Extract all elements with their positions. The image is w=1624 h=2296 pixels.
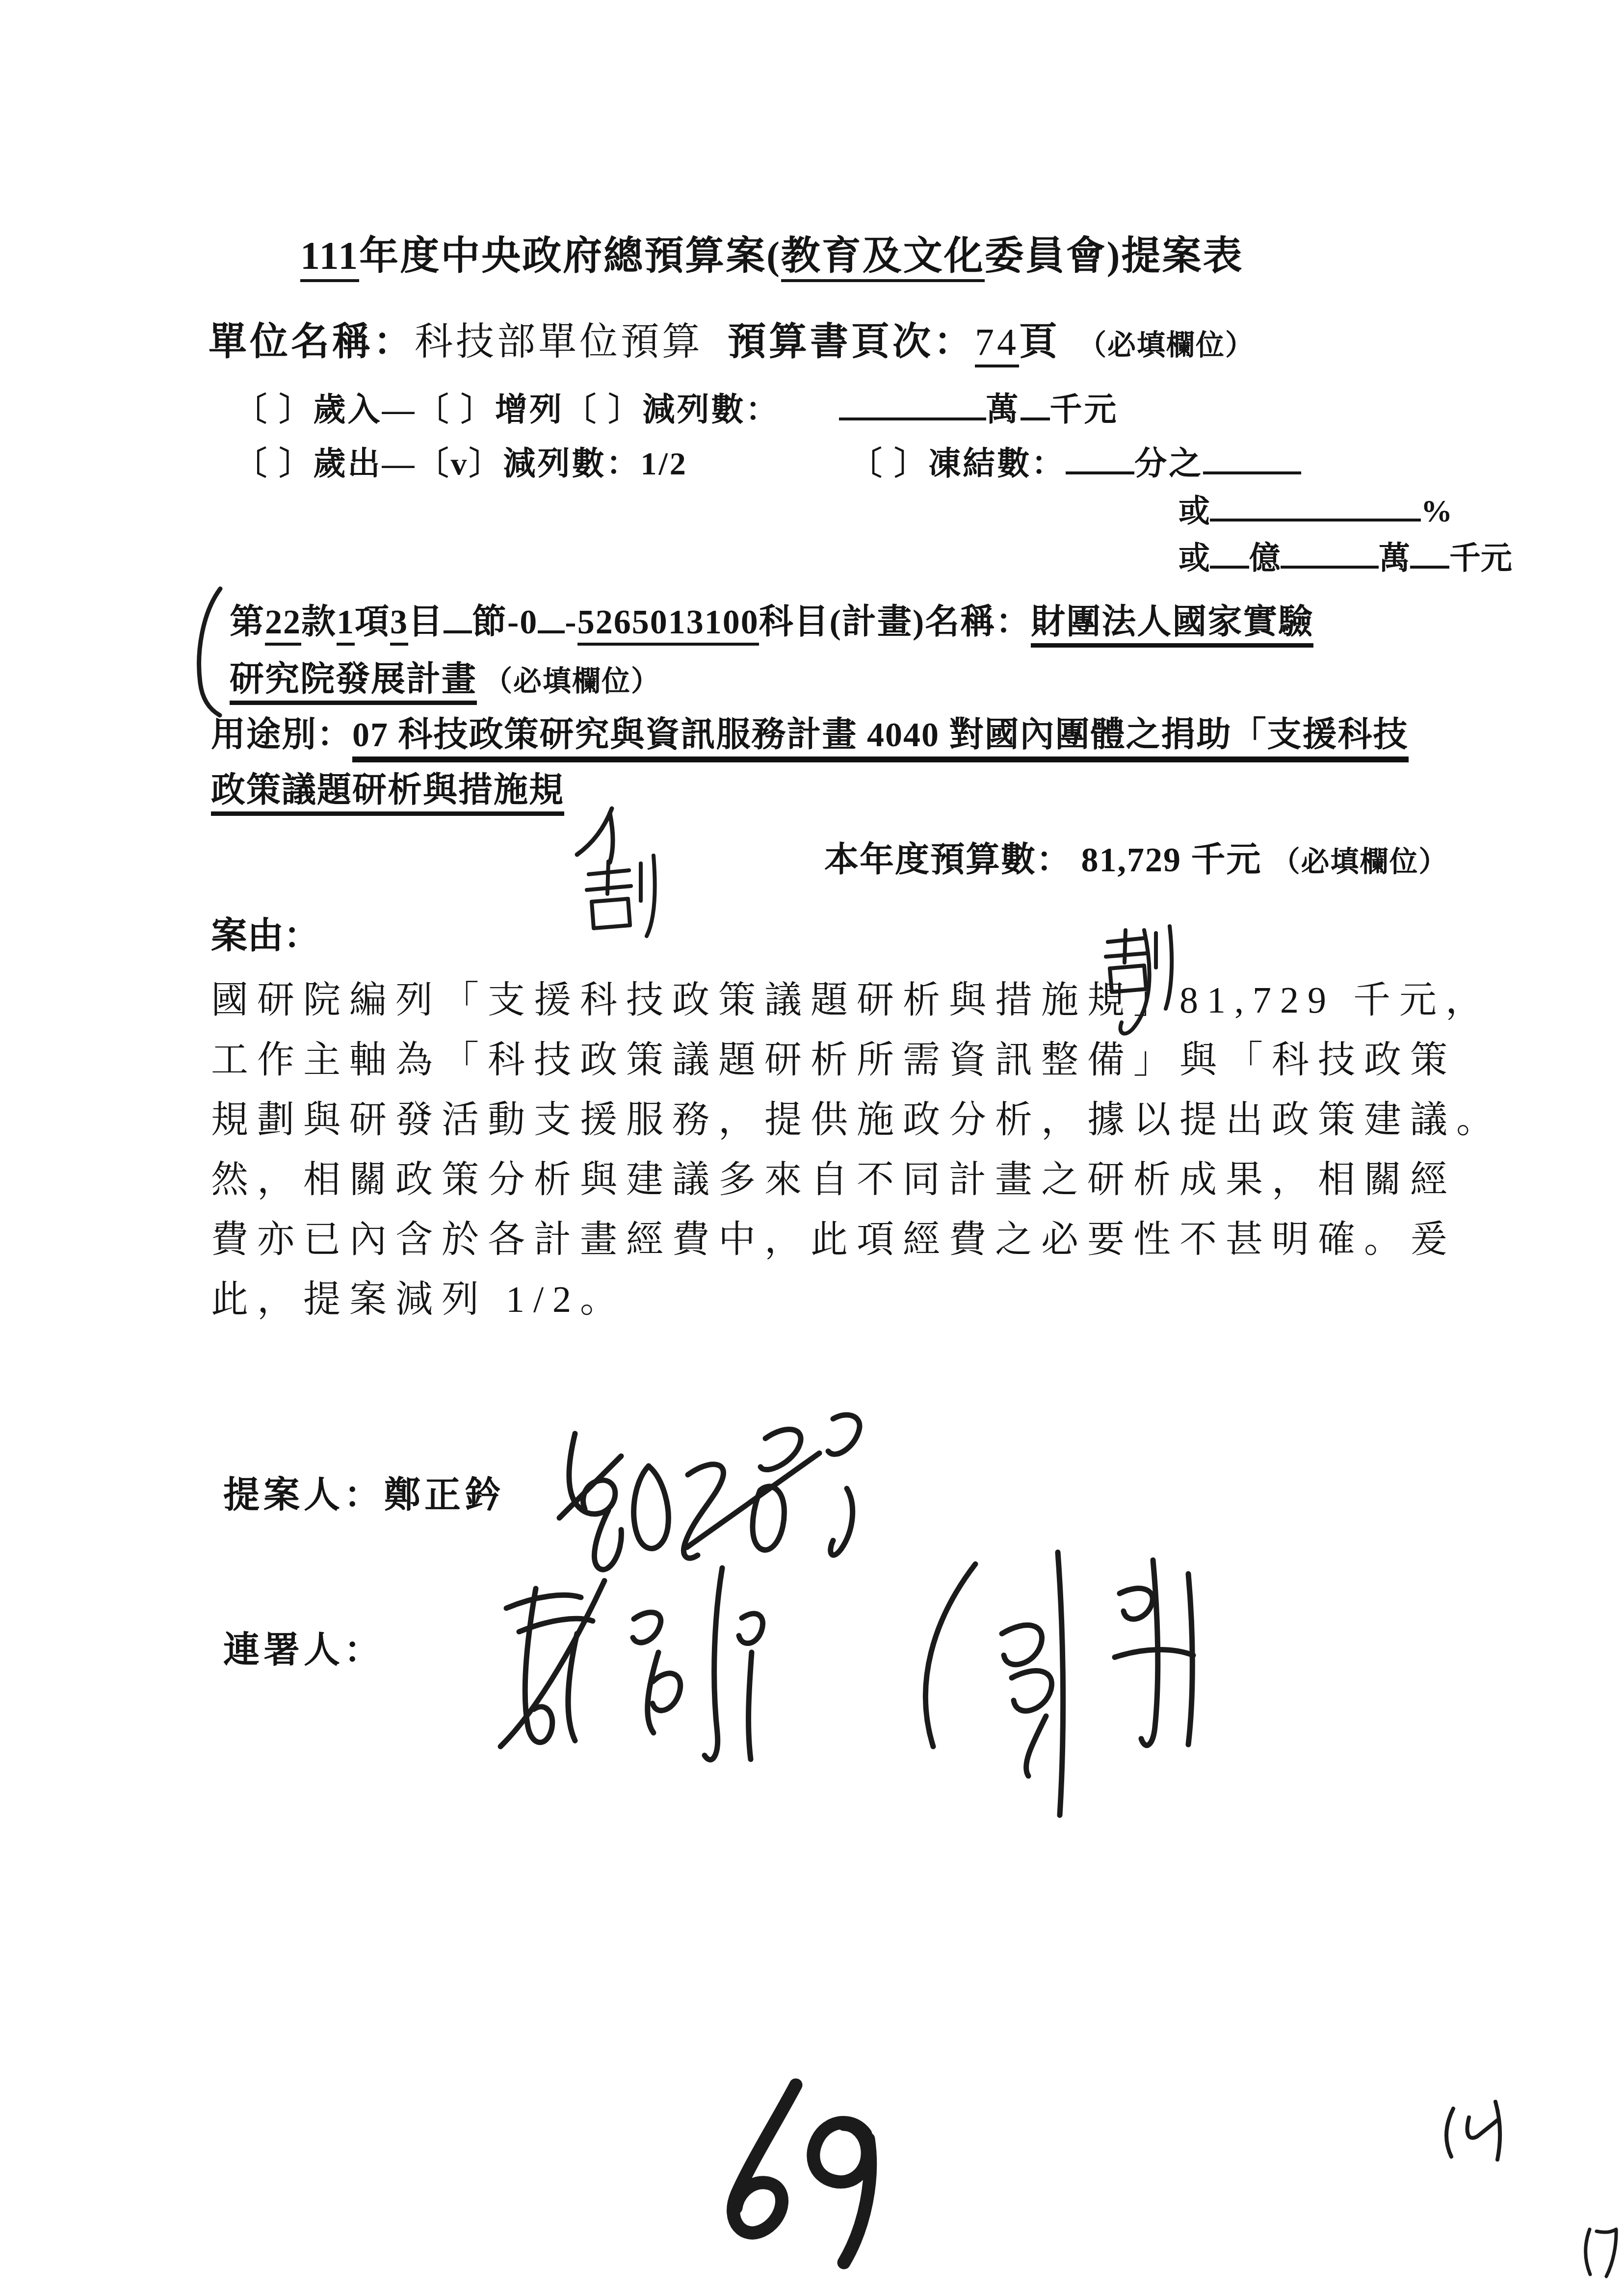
title-committee: 教育及文化 <box>781 235 985 282</box>
revenue-row: 〔 〕歲入—〔 〕增列〔 〕減列數：萬千元 <box>235 387 1119 430</box>
di-label: 第 <box>230 603 265 641</box>
inserted-char-caret <box>577 809 613 862</box>
unit-row: 單位名稱：科技部單位預算預算書頁次：74頁（必填欄位） <box>209 318 1255 366</box>
subject-value-line1: 財團法人國家實驗 <box>1031 603 1313 648</box>
case-text: 國研院編列「支援科技政策議題研析與措施規」81,729 千元， <box>211 980 1492 1021</box>
unit-value: 科技部單位預算 <box>415 320 703 363</box>
item-row-line1: 第22款1項3目節-0-5265013100科目(計畫)名稱：財團法人國家實驗 <box>230 598 1313 644</box>
decrease-label: 減列數： <box>503 446 641 482</box>
case-label-text: 案由： <box>211 916 320 956</box>
case-text: 費亦已內含於各計畫經費中，此項經費之必要性不甚明確。爰 <box>211 1219 1456 1260</box>
expense-row: 〔 〕歲出—〔v〕減列數：1/2〔 〕凍結數：分之 <box>235 441 1301 484</box>
page-index-value: 74 <box>975 320 1019 367</box>
freeze-blank-2 <box>1203 441 1301 474</box>
yi-unit: 億 <box>1249 541 1281 575</box>
increase-checkbox: 〔 〕 <box>417 392 496 428</box>
wan-blank <box>1281 536 1379 569</box>
case-text: 規劃與研發活動支援服務，提供施政分析，據以提出政策建議。 <box>211 1099 1502 1141</box>
cosigner-row: 連署人： <box>223 1628 384 1673</box>
case-label: 案由： <box>211 913 320 959</box>
required-note: （必填欄位） <box>484 665 660 697</box>
freeze-label: 凍結數： <box>928 446 1066 482</box>
usage-label: 用途別： <box>211 716 352 754</box>
wan-unit: 萬 <box>986 392 1021 428</box>
decrease-label: 減列數： <box>643 392 780 428</box>
percent-sign: % <box>1421 494 1452 528</box>
corner-mark <box>1446 2102 1500 2160</box>
expense-label: 歲出 <box>314 446 382 482</box>
budget-code: 5265013100 <box>577 603 759 646</box>
freeze-checkbox: 〔 〕 <box>850 446 929 482</box>
dash: — <box>382 446 417 482</box>
kuan-number: 22 <box>265 603 301 646</box>
mu-label: 目 <box>408 603 444 641</box>
title-year: 111 <box>300 235 359 282</box>
wan-unit: 萬 <box>1379 541 1410 575</box>
usage-row-line2: 政策議題研析與措施規 <box>211 769 564 812</box>
proposer-name: 鄭正鈐 <box>384 1475 505 1515</box>
page-index-unit: 頁 <box>1019 320 1060 363</box>
case-line-5: 費亦已內含於各計畫經費中，此項經費之必要性不甚明確。爰 <box>211 1217 1456 1263</box>
alt-percent-row: 或% <box>1179 489 1452 531</box>
xiang-label: 項 <box>355 603 390 641</box>
page-index-label: 預算書頁次： <box>728 320 975 363</box>
mu-number: 3 <box>390 603 408 646</box>
budget-row: 本年度預算數： 81,729 千元（必填欄位） <box>824 839 1448 882</box>
expense-checkbox: 〔 〕 <box>235 446 314 482</box>
case-line-1: 國研院編列「支援科技政策議題研析與措施規」81,729 千元， <box>211 977 1492 1024</box>
alt-amount-row: 或億萬千元 <box>1179 536 1512 578</box>
subject-value-line2: 研究院發展計畫 <box>230 661 477 705</box>
kuan-label: 款 <box>301 603 337 641</box>
footer-mark <box>1586 2229 1616 2276</box>
proposer-label: 提案人： <box>223 1475 384 1515</box>
cosigner-signature-2 <box>925 1552 1193 1815</box>
case-line-4: 然，相關政策分析與建議多來自不同計畫之研析成果，相關經 <box>211 1157 1456 1203</box>
revenue-label: 歲入 <box>314 392 382 428</box>
form-title: 111年度中央政府總預算案(教育及文化委員會)提案表 <box>300 232 1243 281</box>
title-body: 年度中央政府總預算案( <box>359 235 781 278</box>
decrease-value: 1/2 <box>641 446 688 482</box>
unit-label: 單位名稱： <box>209 320 415 363</box>
title-tail: 委員會)提案表 <box>985 235 1244 278</box>
qianyuan-unit: 千元 <box>1449 541 1512 575</box>
usage-value-line2: 政策議題研析與措施規 <box>211 772 564 816</box>
cosigner-signature-1 <box>500 1568 763 1760</box>
case-text: 此，提案減列 1/2。 <box>211 1279 626 1320</box>
decrease-checkbox-checked: 〔v〕 <box>417 446 503 482</box>
jie-label: 節 <box>472 603 507 641</box>
code-hyphen: - <box>565 603 577 641</box>
freeze-blank-1 <box>1066 441 1134 474</box>
item-section-bracket <box>199 589 220 715</box>
case-text: 然，相關政策分析與建議多來自不同計畫之研析成果，相關經 <box>211 1159 1456 1200</box>
usage-value-line1: 07 科技政策研究與資訊服務計畫 4040 對國內團體之捐助「支援科技 <box>352 716 1409 762</box>
or-label: 或 <box>1179 541 1210 575</box>
xiang-number: 1 <box>337 603 355 646</box>
percent-blank <box>1210 489 1421 522</box>
or-label: 或 <box>1179 494 1210 528</box>
budget-value: 81,729 千元 <box>1072 841 1262 879</box>
scanned-form-page: 111年度中央政府總預算案(教育及文化委員會)提案表 單位名稱：科技部單位預算預… <box>0 0 1624 2296</box>
yi-blank <box>1210 536 1249 569</box>
proposer-signature <box>559 1415 860 1569</box>
budget-label: 本年度預算數： <box>824 841 1072 879</box>
required-note: （必填欄位） <box>1078 329 1255 361</box>
qianyuan-unit: 千元 <box>1050 392 1119 428</box>
amount-blank-small <box>1021 387 1050 420</box>
case-line-2: 工作主軸為「科技政策議題研析所需資訊整備」與「科技政策 <box>211 1037 1456 1084</box>
decrease-checkbox: 〔 〕 <box>564 392 643 428</box>
jie-value: -0 <box>507 603 538 641</box>
subject-label: 科目(計畫)名稱： <box>759 603 1031 641</box>
fenzhi-label: 分之 <box>1134 446 1203 482</box>
cosigner-label: 連署人： <box>223 1630 384 1670</box>
handwritten-page-number <box>733 2085 870 2263</box>
increase-label: 增列 <box>495 392 564 428</box>
inserted-char-hua <box>587 856 655 936</box>
proposer-row: 提案人：鄭正鈐 <box>223 1473 505 1518</box>
amount-blank <box>839 387 986 420</box>
required-note: （必填欄位） <box>1272 846 1448 878</box>
case-line-3: 規劃與研發活動支援服務，提供施政分析，據以提出政策建議。 <box>211 1097 1502 1144</box>
case-line-6: 此，提案減列 1/2。 <box>211 1277 626 1323</box>
item-row-line2: 研究院發展計畫（必填欄位） <box>230 658 660 702</box>
usage-row-line1: 用途別：07 科技政策研究與資訊服務計畫 4040 對國內團體之捐助「支援科技 <box>211 714 1409 757</box>
case-text: 工作主軸為「科技政策議題研析所需資訊整備」與「科技政策 <box>211 1040 1456 1081</box>
dash: — <box>382 392 417 428</box>
qian-blank <box>1410 536 1449 569</box>
jie-blank-1 <box>444 598 472 633</box>
revenue-checkbox: 〔 〕 <box>235 392 314 428</box>
jie-blank-2 <box>538 598 565 633</box>
